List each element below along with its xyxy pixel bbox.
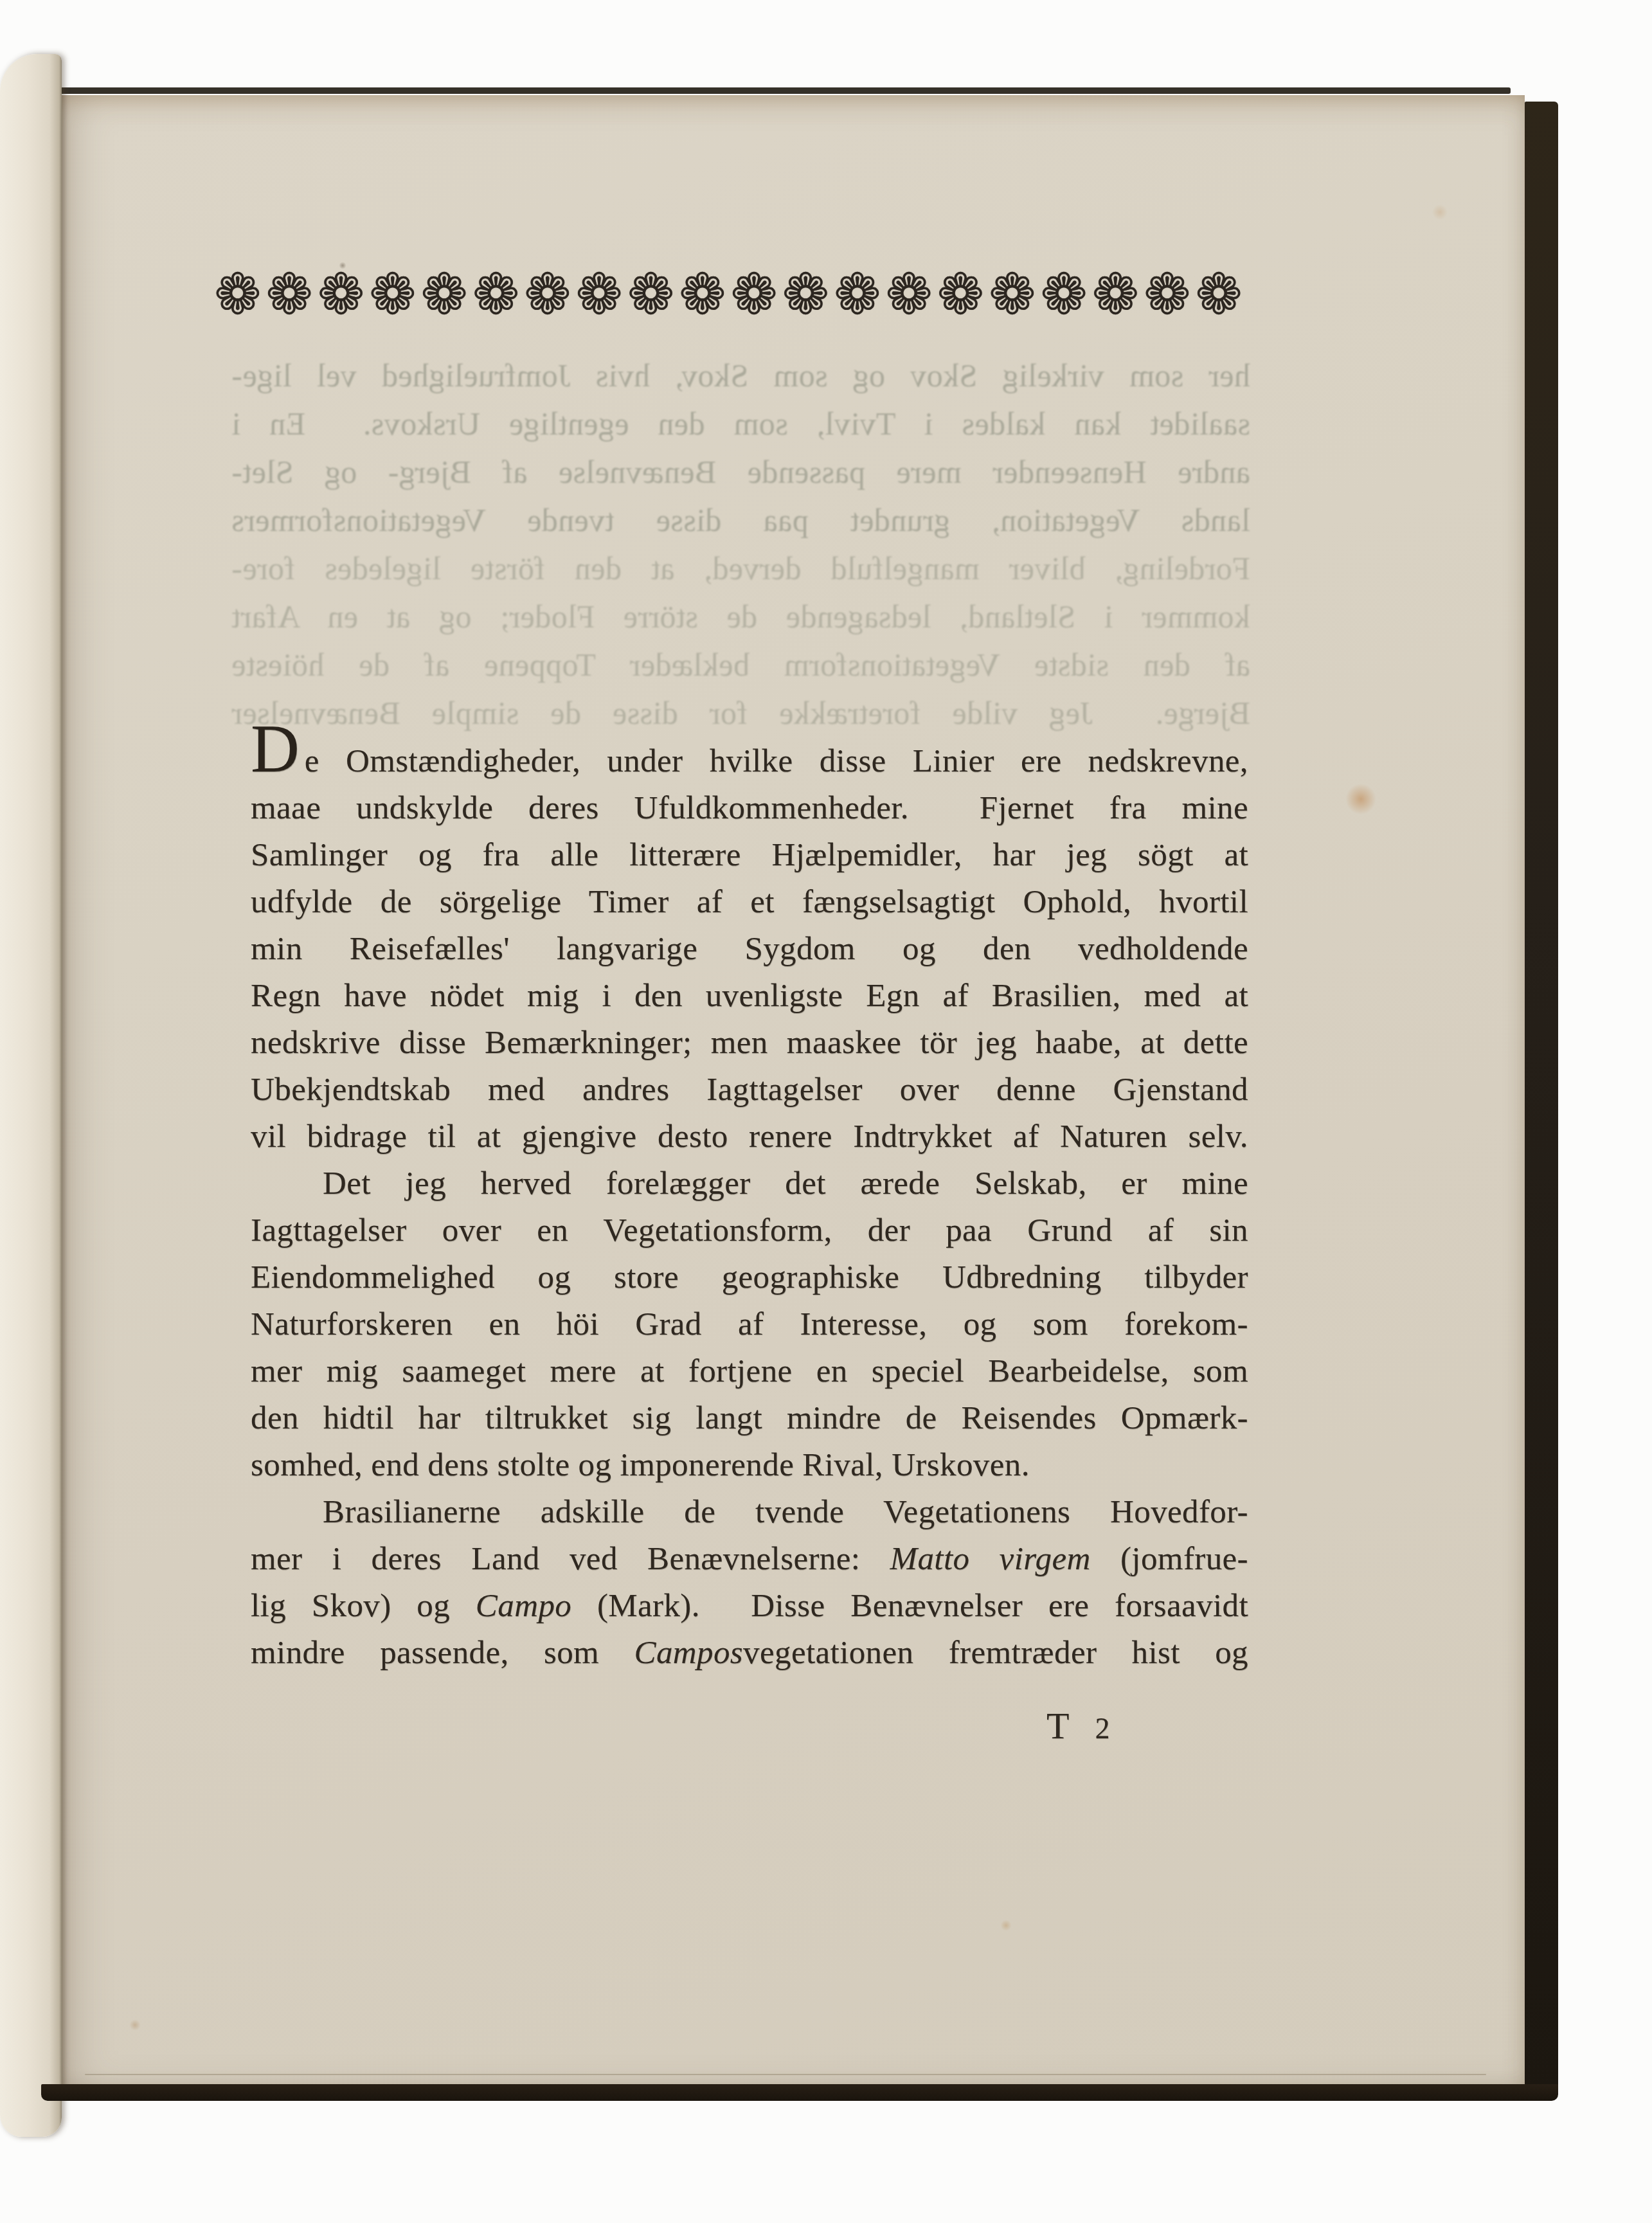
- text-line: Samlinger og fra alle litterære Hjælpemi…: [251, 832, 1248, 879]
- text-segment: vegetationen fremtræder hist og: [743, 1635, 1248, 1671]
- show-through-text-block: her som virkelig Skov og som Skov, hvis …: [231, 352, 1250, 737]
- text-segment: maae undskylde deres Ufuldkommenheder. F…: [251, 790, 1248, 826]
- text-segment: Regn have nödet mig i den uvenligste Egn…: [251, 978, 1248, 1014]
- signature-letter: T: [1046, 1705, 1070, 1747]
- book-cover-right-edge: [1525, 102, 1558, 2100]
- text-segment: udfylde de sörgelige Timer af et fængsel…: [251, 884, 1248, 920]
- rosette-ornament-icon: ❁: [937, 266, 985, 323]
- rosette-ornament-icon: ❁: [318, 266, 365, 323]
- text-line: Iagttagelser over en Vegetationsform, de…: [251, 1207, 1248, 1254]
- book-cover-top-edge: [59, 87, 1511, 94]
- text-line: mindre passende, som Camposvegetationen …: [251, 1630, 1248, 1677]
- rosette-ornament-icon: ❁: [1092, 266, 1140, 323]
- show-through-line: lands Vegetation, grundet paa disse tven…: [231, 496, 1250, 544]
- show-through-line: saalidet kan kaldes i Tvivl, som den ege…: [231, 400, 1250, 448]
- text-segment: den hidtil har tiltrukket sig langt mind…: [251, 1400, 1248, 1436]
- text-segment: Det jeg herved forelægger det ærede Sels…: [323, 1165, 1248, 1201]
- rosette-ornament-icon: ❁: [679, 266, 726, 323]
- text-segment: mindre passende, som: [251, 1635, 634, 1671]
- show-through-line: andre Henseender mere passende Benævnels…: [231, 448, 1250, 496]
- signature-number: 2: [1095, 1712, 1111, 1745]
- italic-term: Campos: [634, 1635, 743, 1671]
- text-line: mer i deres Land ved Benævnelserne: Matt…: [251, 1536, 1248, 1583]
- rosette-ornament-icon: ❁: [472, 266, 520, 323]
- rosette-ornament-icon: ❁: [627, 266, 675, 323]
- text-line: Ubekjendtskab med andres Iagttagelser ov…: [251, 1066, 1248, 1113]
- rosette-ornament-icon: ❁: [369, 266, 417, 323]
- text-segment: somhed, end dens stolte og imponerende R…: [251, 1447, 1030, 1483]
- rosette-ornament-icon: ❁: [575, 266, 623, 323]
- text-segment: e Omstændigheder, under hvilke disse Lin…: [305, 743, 1248, 779]
- text-line: nedskrive disse Bemærkninger; men maaske…: [251, 1020, 1248, 1066]
- rosette-ornament-icon: ❁: [989, 266, 1036, 323]
- text-line: somhed, end dens stolte og imponerende R…: [251, 1442, 1248, 1489]
- text-line: udfylde de sörgelige Timer af et fængsel…: [251, 879, 1248, 926]
- text-line: Brasilianerne adskille de tvende Vegetat…: [251, 1489, 1248, 1536]
- text-line: mer mig saameget mere at fortjene en spe…: [251, 1348, 1248, 1395]
- italic-term: Matto virgem: [890, 1541, 1091, 1577]
- show-through-line: kommer i Sletland, ledsagende de större …: [231, 593, 1250, 641]
- show-through-line: Bjerge. Jeg vilde foretrække for disse d…: [231, 689, 1250, 737]
- show-through-line: af den sidste Vegetationsform beklæder T…: [231, 641, 1250, 689]
- text-segment: min Reisefælles' langvarige Sygdom og de…: [251, 931, 1248, 967]
- rosette-ornament-icon: ❁: [524, 266, 571, 323]
- book-cover-bottom-edge: [41, 2084, 1558, 2101]
- text-segment: Brasilianerne adskille de tvende Vegetat…: [323, 1494, 1248, 1530]
- text-segment: vil bidrage til at gjengive desto renere…: [251, 1119, 1248, 1155]
- text-segment: mer i deres Land ved Benævnelserne:: [251, 1541, 890, 1577]
- rosette-ornament-icon: ❁: [214, 266, 262, 323]
- text-line: den hidtil har tiltrukket sig langt mind…: [251, 1395, 1248, 1442]
- text-segment: Iagttagelser over en Vegetationsform, de…: [251, 1212, 1248, 1248]
- rosette-ornament-icon: ❁: [265, 266, 313, 323]
- text-segment: Samlinger og fra alle litterære Hjælpemi…: [251, 837, 1248, 873]
- rosette-ornament-icon: ❁: [730, 266, 778, 323]
- book-page: ❁❁❁❁❁❁❁❁❁❁❁❁❁❁❁❁❁❁❁❁ her som virkelig Sk…: [59, 95, 1525, 2091]
- initial-capital: D: [251, 711, 305, 786]
- body-text-block: De Omstændigheder, under hvilke disse Li…: [251, 738, 1248, 1677]
- text-segment: (Mark). Disse Benævnelser ere forsaavidt: [571, 1588, 1248, 1624]
- italic-term: Campo: [476, 1588, 571, 1624]
- rosette-ornament-icon: ❁: [1195, 266, 1243, 323]
- previous-page-edge: [0, 54, 62, 2137]
- text-line: Det jeg herved forelægger det ærede Sels…: [251, 1160, 1248, 1207]
- text-segment: Naturforskeren en höi Grad af Interesse,…: [251, 1306, 1248, 1342]
- text-segment: nedskrive disse Bemærkninger; men maaske…: [251, 1025, 1248, 1061]
- text-line: Regn have nödet mig i den uvenligste Egn…: [251, 973, 1248, 1020]
- rosette-ornament-icon: ❁: [782, 266, 830, 323]
- rosette-ornament-row: ❁❁❁❁❁❁❁❁❁❁❁❁❁❁❁❁❁❁❁❁: [214, 262, 1243, 327]
- text-line: min Reisefælles' langvarige Sygdom og de…: [251, 926, 1248, 973]
- rosette-ornament-icon: ❁: [1040, 266, 1088, 323]
- text-segment: (jomfrue-: [1091, 1541, 1248, 1577]
- text-segment: lig Skov) og: [251, 1588, 476, 1624]
- rosette-ornament-icon: ❁: [834, 266, 881, 323]
- text-line: vil bidrage til at gjengive desto renere…: [251, 1113, 1248, 1160]
- show-through-line: her som virkelig Skov og som Skov, hvis …: [231, 352, 1250, 400]
- text-line: lig Skov) og Campo (Mark). Disse Benævne…: [251, 1583, 1248, 1630]
- text-line: De Omstændigheder, under hvilke disse Li…: [251, 738, 1248, 785]
- text-segment: Eiendommelighed og store geographiske Ud…: [251, 1259, 1248, 1295]
- text-line: Eiendommelighed og store geographiske Ud…: [251, 1254, 1248, 1301]
- text-segment: mer mig saameget mere at fortjene en spe…: [251, 1353, 1248, 1389]
- text-segment: Ubekjendtskab med andres Iagttagelser ov…: [251, 1072, 1248, 1108]
- text-line: maae undskylde deres Ufuldkommenheder. F…: [251, 785, 1248, 832]
- show-through-line: Fordeling, bliver mangelfuld derved, at …: [231, 544, 1250, 593]
- rosette-ornament-icon: ❁: [420, 266, 468, 323]
- rosette-ornament-icon: ❁: [885, 266, 933, 323]
- signature-mark: T2: [1046, 1702, 1111, 1752]
- text-line: Naturforskeren en höi Grad af Interesse,…: [251, 1301, 1248, 1348]
- photo-background: ❁❁❁❁❁❁❁❁❁❁❁❁❁❁❁❁❁❁❁❁ her som virkelig Sk…: [0, 0, 1652, 2223]
- rosette-ornament-icon: ❁: [1144, 266, 1191, 323]
